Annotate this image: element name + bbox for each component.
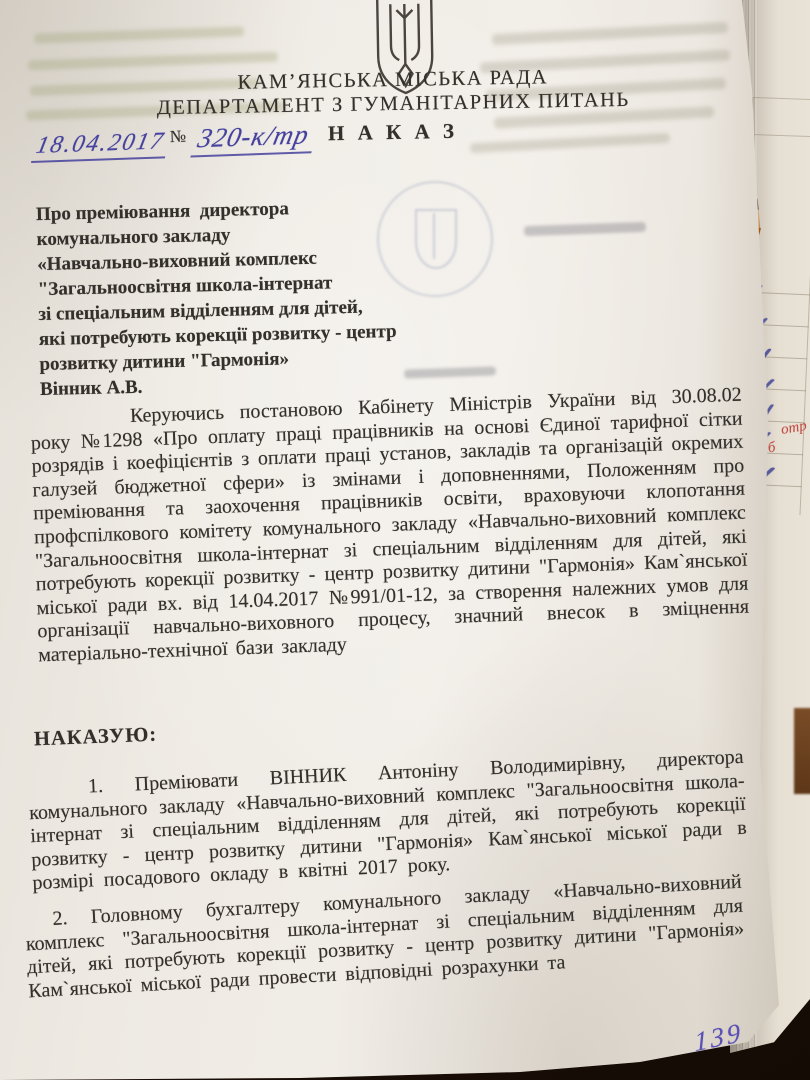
handwritten-date: 18.04.2017 — [31, 128, 171, 163]
order-word: НАКАЗУЮ: — [34, 724, 158, 752]
handwritten-order-number: 320-к/тр — [191, 119, 319, 157]
document-page: КАМ’ЯНСЬКА МІСЬКА РАДА ДЕПАРТАМЕНТ З ГУМ… — [0, 0, 810, 1080]
seal-shield — [415, 209, 457, 269]
wooden-desk-sliver — [794, 708, 810, 794]
number-sign: № — [170, 127, 187, 147]
table-cell — [751, 97, 810, 137]
photo-canvas: ✓ ✓ ✓ ✓ ✓ ✓ ✓ отр б — [0, 0, 810, 1080]
preamble-paragraph: Керуючись постановою Кабінету Міністрів … — [30, 384, 751, 668]
seal-shield-line — [433, 213, 435, 259]
subject-block: Про преміювання директора комунального з… — [36, 194, 398, 402]
